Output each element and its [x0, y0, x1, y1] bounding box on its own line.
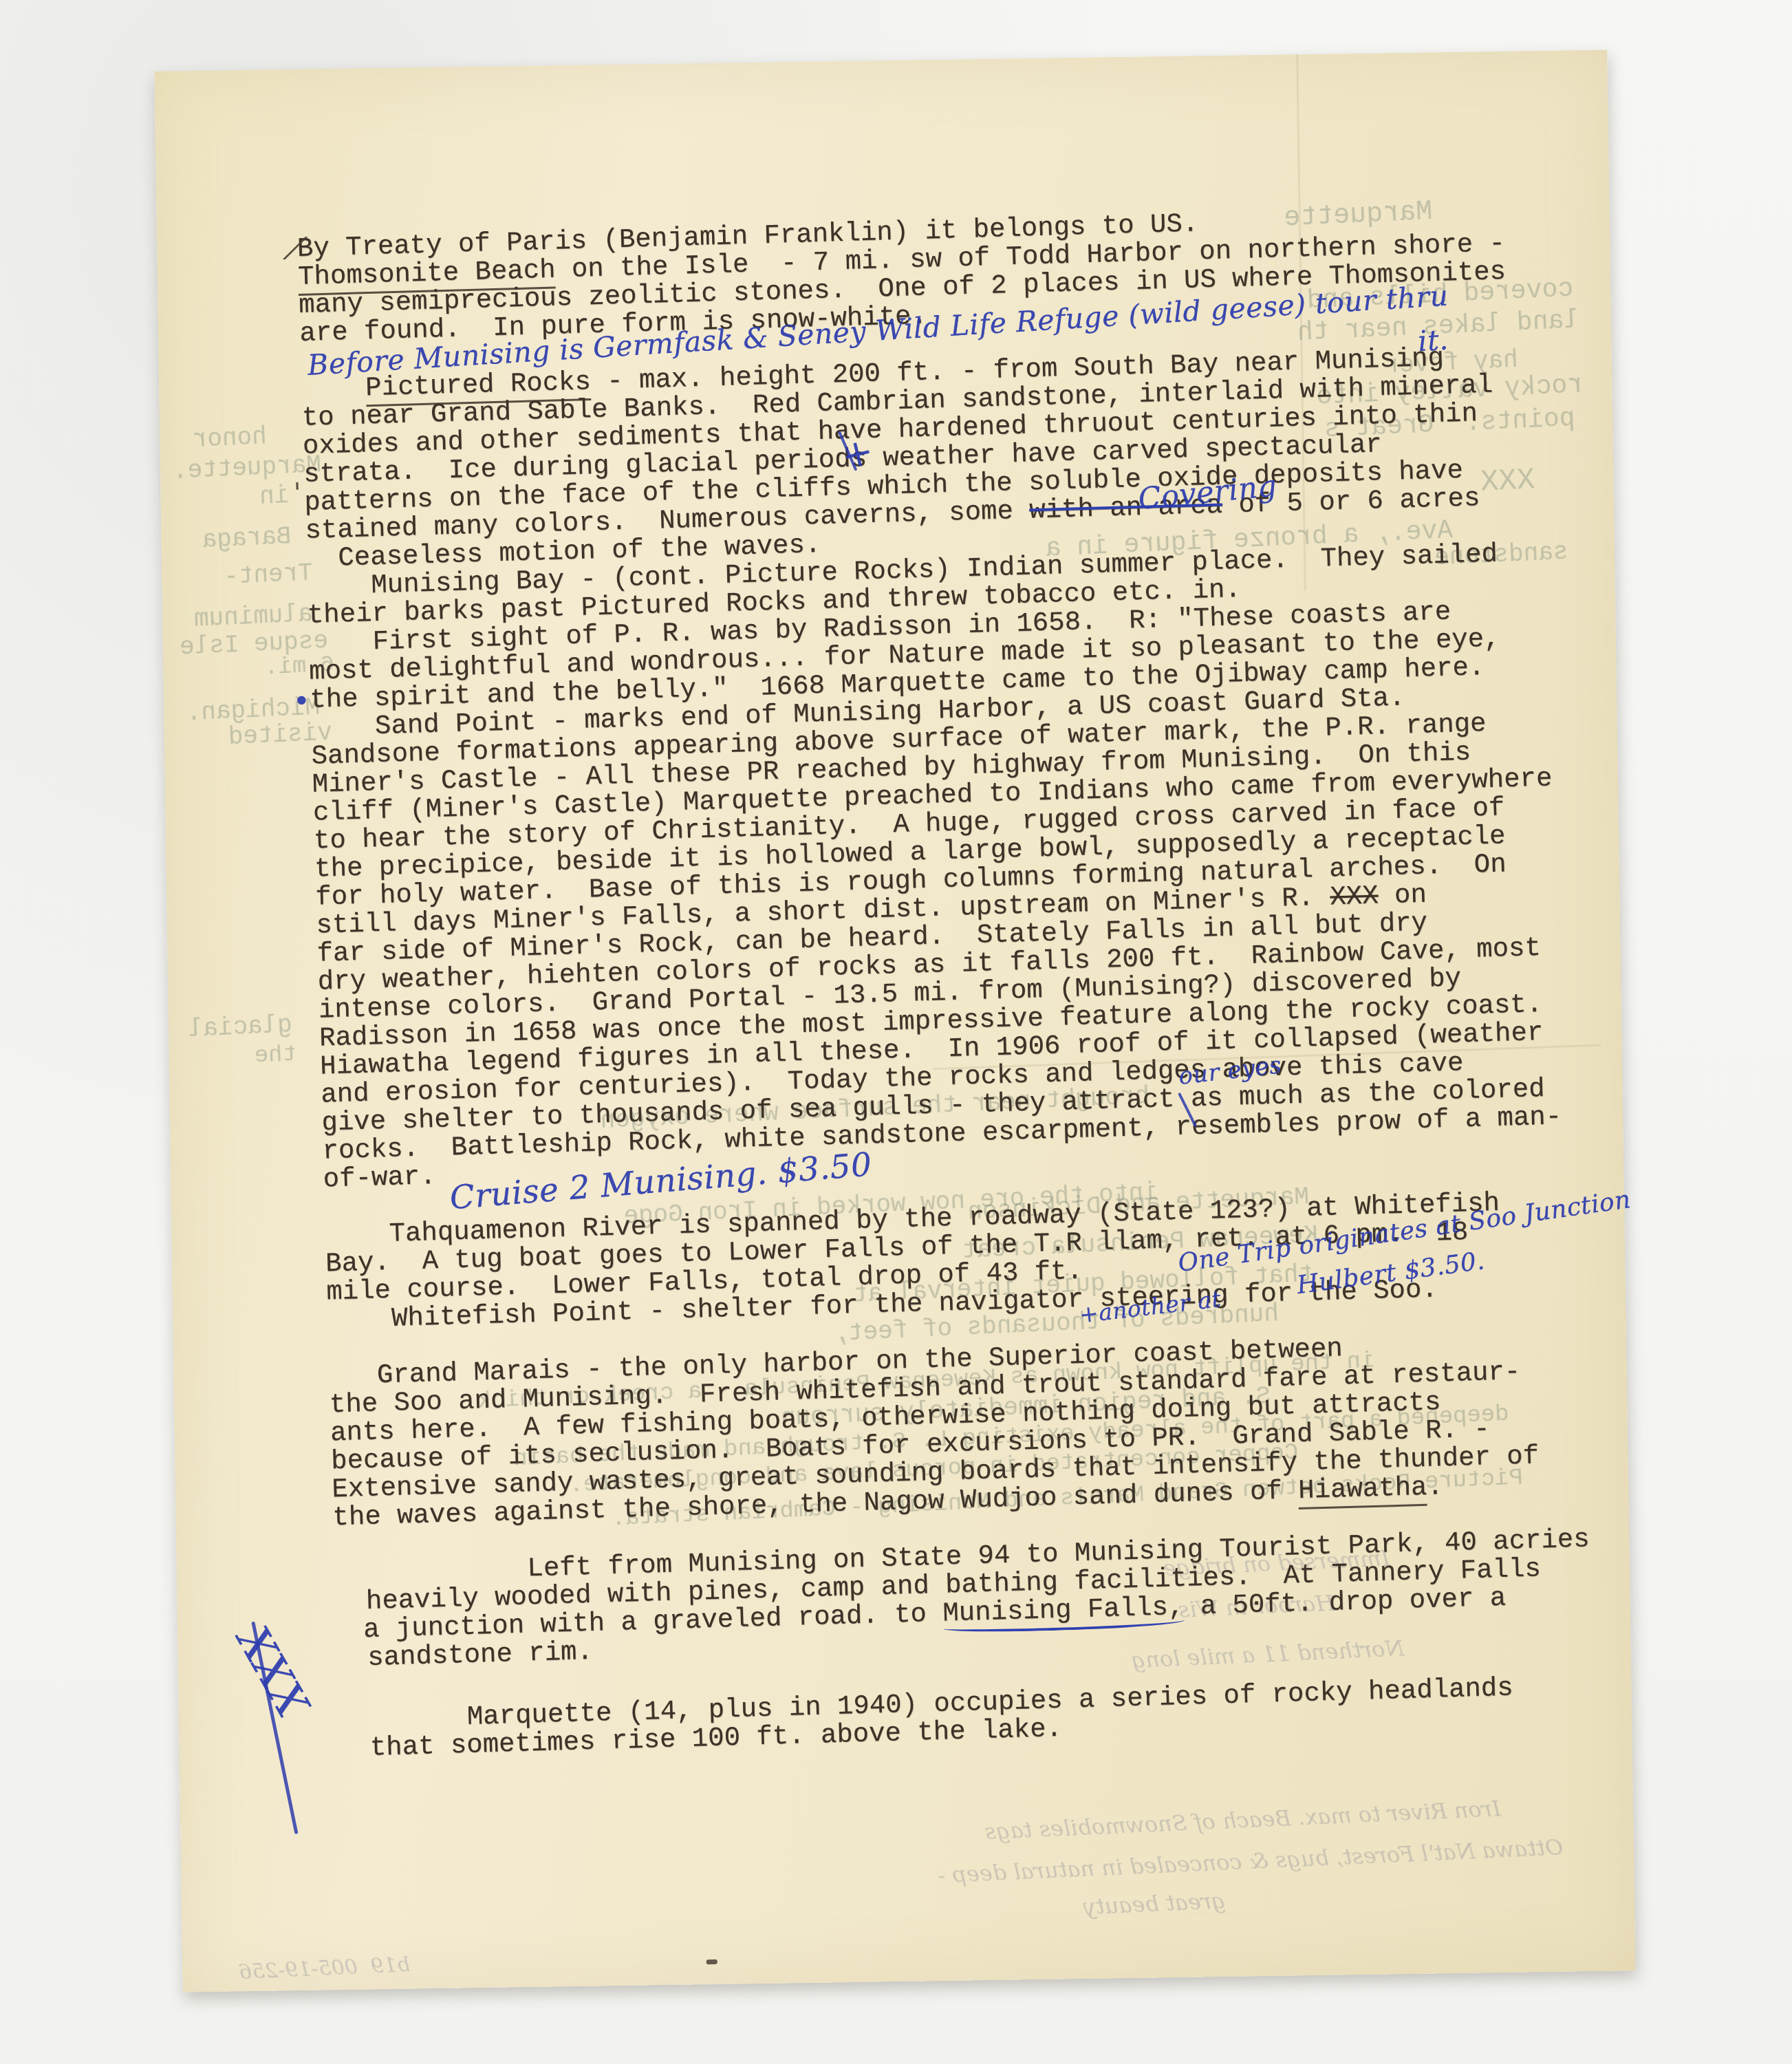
bleedthrough-text: Iron River to max. Beach of Snowmobiles … [984, 1795, 1501, 1845]
handwritten-annotation: ' [293, 477, 302, 509]
bleedthrough-text: Baraga [202, 522, 292, 555]
handwritten-annotation-layer: Before Munising is Germfask & Seney Wild… [144, 34, 1597, 74]
bleedthrough-layer: Marquettecovered hills andland lakes nea… [144, 34, 1597, 74]
typed-line: of-war. [323, 1163, 436, 1194]
typed-segment: sandstone rim. [367, 1637, 594, 1673]
typed-segment-u: Hiawatha [1298, 1472, 1428, 1509]
handwritten-annotation: ● [296, 693, 307, 706]
bleedthrough-text: Trent- [223, 559, 313, 591]
bleedthrough-text: XXX [1480, 463, 1535, 500]
handwritten-annotation: it. [1417, 323, 1449, 358]
document-page: Marquettecovered hills andland lakes nea… [154, 50, 1635, 1992]
bleedthrough-text: great beauty [1083, 1887, 1226, 1920]
bleedthrough-text: Northend 11 a mile long [1131, 1635, 1405, 1673]
scanner-background: Marquettecovered hills andland lakes nea… [0, 0, 1792, 2064]
typewritten-text-layer: By Treaty of Paris (Benjamin Franklin) i… [144, 34, 1597, 74]
typed-segment-bu: Munising Falls, [942, 1592, 1185, 1634]
bleedthrough-text: the [254, 1042, 297, 1070]
bleedthrough-text: Marquette [1283, 197, 1433, 235]
typed-segment: on [1378, 879, 1427, 911]
bleedthrough-text: in [259, 482, 290, 511]
typed-segment-xs: XXX [1330, 881, 1379, 912]
typed-segment: of-war. [323, 1161, 436, 1195]
ink-speck [706, 1959, 717, 1964]
typed-segment: . [1427, 1472, 1444, 1503]
bleedthrough-text: glacial [188, 1011, 293, 1044]
typed-line: sandstone rim. [367, 1638, 594, 1673]
bleedthrough-text: b19 005-19-256 [238, 1953, 411, 1984]
page-content: Marquettecovered hills andland lakes nea… [144, 34, 1650, 1995]
bleedthrough-text: honor [192, 422, 268, 454]
ink-stroke-layer [144, 34, 1597, 74]
